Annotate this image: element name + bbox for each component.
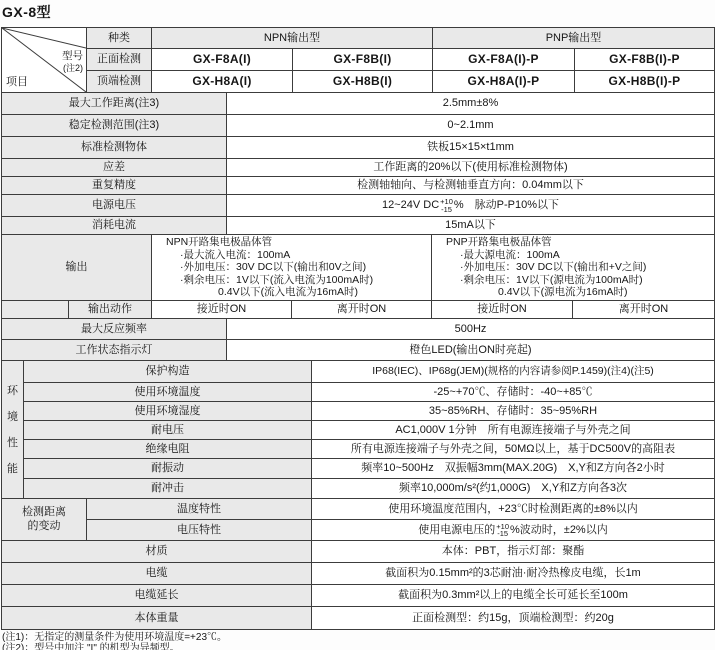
row-value: 500Hz <box>227 319 715 340</box>
spec-sheet: GX-8型 型号 (注2) 项目 种类 NPN输出型 PNP输出型 <box>0 0 715 650</box>
env-row-shock: 耐冲击 频率10,000m/s²(约1,000G) X,Y和Z方向各3次 <box>24 479 715 499</box>
row-value: 正面检测型：约15g，顶端检测型：约20g <box>312 607 715 630</box>
model-name: GX-H8A(I) <box>152 71 293 93</box>
spec-table: 型号 (注2) 项目 种类 NPN输出型 PNP输出型 正面检测 GX-F8A(… <box>1 27 715 630</box>
env-row-vibration: 耐振动 频率10~500Hz 双振幅3mm(MAX.20G) X,Y和Z方向各2… <box>24 459 715 479</box>
row-value: 检测轴轴向、与检测轴垂直方向：0.04mm以下 <box>227 177 715 195</box>
footnote-2: (注2)：型号中加注 "I" 的机型为异频型。 <box>2 643 180 650</box>
row-value: 截面积为0.15mm²的3芯耐油·耐冷热橡皮电缆，长1m <box>312 563 715 585</box>
model-name: GX-F8B(I) <box>293 49 433 71</box>
tolerance-bottom: -15 <box>496 530 509 538</box>
env-row-ambient-humidity: 使用环境湿度 35~85%RH、存储时：35~95%RH <box>24 402 715 421</box>
row-label: 电压特性 <box>87 520 312 541</box>
row-label: 使用环境湿度 <box>24 402 312 421</box>
row-label: 耐振动 <box>24 459 312 479</box>
environment-section: 环 境 性 能 保护构造 IP68(IEC)、IP68g(JEM)(规格的内容请… <box>2 361 715 499</box>
row-value: 15mA以下 <box>227 217 715 235</box>
output-action-value: 接近时ON <box>432 301 573 319</box>
env-row-withstand-voltage: 耐电压 AC1,000V 1分钟 所有电源连接端子与外壳之间 <box>24 421 715 440</box>
row-label: 应差 <box>2 159 227 177</box>
voltage-value-pre: 12~24V DC <box>382 199 439 212</box>
table-corner-cell: 型号 (注2) 项目 <box>2 28 87 93</box>
volt-char-pre: 使用电源电压的 <box>418 524 495 537</box>
env-row-protection: 保护构造 IP68(IEC)、IP68g(JEM)(规格的内容请参阅P.1459… <box>24 361 715 383</box>
header-front-detect-label: 正面检测 <box>87 49 152 71</box>
corner-model-note: (注2) <box>63 63 83 73</box>
row-value: 频率10,000m/s²(约1,000G) X,Y和Z方向各3次 <box>312 479 715 499</box>
voltage-tolerance-stack: +10 -15 <box>440 198 453 213</box>
pnp-line: 0.4V以下(源电流为16mA时) <box>446 286 628 298</box>
row-value: IP68(IEC)、IP68g(JEM)(规格的内容请参阅P.1459)(注4)… <box>312 361 715 383</box>
output-action-label: 输出动作 <box>69 301 152 319</box>
output-action-value: 离开时ON <box>292 301 432 319</box>
row-label: 消耗电流 <box>2 217 227 235</box>
output-action-row: 输出动作 接近时ON 离开时ON 接近时ON 离开时ON <box>2 301 715 319</box>
spec-row-cable-extension: 电缆延长 截面积为0.3mm²以上的电缆全长可延长至100m <box>2 585 715 607</box>
row-value: 截面积为0.3mm²以上的电缆全长可延长至100m <box>312 585 715 607</box>
row-label: 稳定检测范围(注3) <box>2 115 227 137</box>
model-name: GX-F8A(I) <box>152 49 293 71</box>
row-label: 温度特性 <box>87 499 312 520</box>
model-name: GX-H8B(I)-P <box>575 71 715 93</box>
row-value: 0~2.1mm <box>227 115 715 137</box>
spec-row-stable-range: 稳定检测范围(注3) 0~2.1mm <box>2 115 715 137</box>
row-value: AC1,000V 1分钟 所有电源连接端子与外壳之间 <box>312 421 715 440</box>
row-value: 所有电源连接端子与外壳之间，50MΩ以上，基于DC500V的高阻表 <box>312 440 715 459</box>
model-name: GX-F8A(I)-P <box>433 49 575 71</box>
tolerance-bottom: -15 <box>440 206 453 214</box>
npn-line: 0.4V以下(流入电流为16mA时) <box>166 286 358 298</box>
row-label: 最大反应频率 <box>2 319 227 340</box>
row-label: 耐电压 <box>24 421 312 440</box>
pnp-line: ·剩余电压：1V以下(源电流为100mA时) <box>446 274 643 286</box>
output-npn-cell: NPN开路集电极晶体管 ·最大流入电流：100mA ·外加电压：30V DC以下… <box>152 235 432 301</box>
row-label: 电缆延长 <box>2 585 312 607</box>
output-spec-row: 输出 NPN开路集电极晶体管 ·最大流入电流：100mA ·外加电压：30V D… <box>2 235 715 301</box>
output-label: 输出 <box>2 235 152 301</box>
row-value: 2.5mm±8% <box>227 93 715 115</box>
row-label: 工作状态指示灯 <box>2 340 227 361</box>
spec-row-indicator: 工作状态指示灯 橙色LED(输出ON时亮起) <box>2 340 715 361</box>
row-label: 绝缘电阻 <box>24 440 312 459</box>
spec-row-response-frequency: 最大反应频率 500Hz <box>2 319 715 340</box>
row-label: 电源电压 <box>2 195 227 217</box>
row-label: 标准检测物体 <box>2 137 227 159</box>
row-label: 材质 <box>2 541 312 563</box>
table-header: 型号 (注2) 项目 种类 NPN输出型 PNP输出型 正面检测 GX-F8A(… <box>2 28 715 93</box>
variation-group-label: 检测距离 的变动 <box>2 499 87 541</box>
model-name: GX-H8A(I)-P <box>433 71 575 93</box>
spec-row-cable: 电缆 截面积为0.15mm²的3芯耐油·耐冷热橡皮电缆，长1m <box>2 563 715 585</box>
row-value: 橙色LED(输出ON时亮起) <box>227 340 715 361</box>
output-action-spacer <box>2 301 69 319</box>
voltage-value-post: % 脉动P-P10%以下 <box>454 199 559 212</box>
npn-line: ·剩余电压：1V以下(流入电流为100mA时) <box>166 274 373 286</box>
spec-row-weight: 本体重量 正面检测型：约15g，顶端检测型：约20g <box>2 607 715 630</box>
variation-row-voltage: 电压特性 使用电源电压的 +10 -15 %波动时，±2%以内 <box>87 520 715 541</box>
model-name: GX-H8B(I) <box>293 71 433 93</box>
row-label: 本体重量 <box>2 607 312 630</box>
corner-item-label: 项目 <box>6 76 28 89</box>
pnp-line: ·最大源电流：100mA <box>446 249 560 261</box>
row-value: -25~+70℃、存储时：-40~+85℃ <box>312 383 715 402</box>
spec-row-current-consumption: 消耗电流 15mA以下 <box>2 217 715 235</box>
footnote-1: (注1)：无指定的测量条件为使用环境温度=+23℃。 <box>2 632 227 644</box>
npn-line: ·外加电压：30V DC以下(输出和0V之间) <box>166 261 366 273</box>
corner-model-label: 型号 <box>62 51 83 62</box>
output-pnp-cell: PNP开路集电极晶体管 ·最大源电流：100mA ·外加电压：30V DC以下(… <box>432 235 715 301</box>
env-row-ambient-temp: 使用环境温度 -25~+70℃、存储时：-40~+85℃ <box>24 383 715 402</box>
output-action-value: 接近时ON <box>152 301 292 319</box>
volt-char-tolerance-stack: +10 -15 <box>496 523 509 538</box>
header-top-detect-label: 顶端检测 <box>87 71 152 93</box>
output-action-value: 离开时ON <box>573 301 715 319</box>
row-label: 最大工作距离(注3) <box>2 93 227 115</box>
row-label: 使用环境温度 <box>24 383 312 402</box>
pnp-title: PNP开路集电极晶体管 <box>446 236 552 248</box>
page-title: GX-8型 <box>2 2 51 22</box>
spec-row-standard-object: 标准检测物体 铁板15×15×t1mm <box>2 137 715 159</box>
spec-row-hysteresis: 应差 工作距离的20%以下(使用标准检测物体) <box>2 159 715 177</box>
model-name: GX-F8B(I)-P <box>575 49 715 71</box>
npn-title: NPN开路集电极晶体管 <box>166 236 272 248</box>
row-value: 铁板15×15×t1mm <box>227 137 715 159</box>
row-value: 频率10~500Hz 双振幅3mm(MAX.20G) X,Y和Z方向各2小时 <box>312 459 715 479</box>
row-label: 耐冲击 <box>24 479 312 499</box>
row-value: 使用环境温度范围内，+23℃时检测距离的±8%以内 <box>312 499 715 520</box>
spec-row-material: 材质 本体：PBT，指示灯部：聚酯 <box>2 541 715 563</box>
env-row-insulation: 绝缘电阻 所有电源连接端子与外壳之间，50MΩ以上，基于DC500V的高阻表 <box>24 440 715 459</box>
row-label: 重复精度 <box>2 177 227 195</box>
header-pnp-group: PNP输出型 <box>433 28 715 49</box>
header-kind-label: 种类 <box>87 28 152 49</box>
row-value: 本体：PBT，指示灯部：聚酯 <box>312 541 715 563</box>
spec-row-max-distance: 最大工作距离(注3) 2.5mm±8% <box>2 93 715 115</box>
row-value: 35~85%RH、存储时：35~95%RH <box>312 402 715 421</box>
row-label: 保护构造 <box>24 361 312 383</box>
header-npn-group: NPN输出型 <box>152 28 433 49</box>
environment-group-label: 环 境 性 能 <box>2 361 24 499</box>
variation-section: 检测距离 的变动 温度特性 使用环境温度范围内，+23℃时检测距离的±8%以内 … <box>2 499 715 541</box>
row-value: 工作距离的20%以下(使用标准检测物体) <box>227 159 715 177</box>
variation-row-temperature: 温度特性 使用环境温度范围内，+23℃时检测距离的±8%以内 <box>87 499 715 520</box>
spec-row-supply-voltage: 电源电压 12~24V DC +10 -15 % 脉动P-P10%以下 <box>2 195 715 217</box>
npn-line: ·最大流入电流：100mA <box>166 249 290 261</box>
spec-row-repeatability: 重复精度 检测轴轴向、与检测轴垂直方向：0.04mm以下 <box>2 177 715 195</box>
row-value: 使用电源电压的 +10 -15 %波动时，±2%以内 <box>312 520 715 541</box>
row-label: 电缆 <box>2 563 312 585</box>
row-value: 12~24V DC +10 -15 % 脉动P-P10%以下 <box>227 195 715 217</box>
volt-char-post: %波动时，±2%以内 <box>510 524 608 537</box>
pnp-line: ·外加电压：30V DC以下(输出和+V之间) <box>446 261 646 273</box>
